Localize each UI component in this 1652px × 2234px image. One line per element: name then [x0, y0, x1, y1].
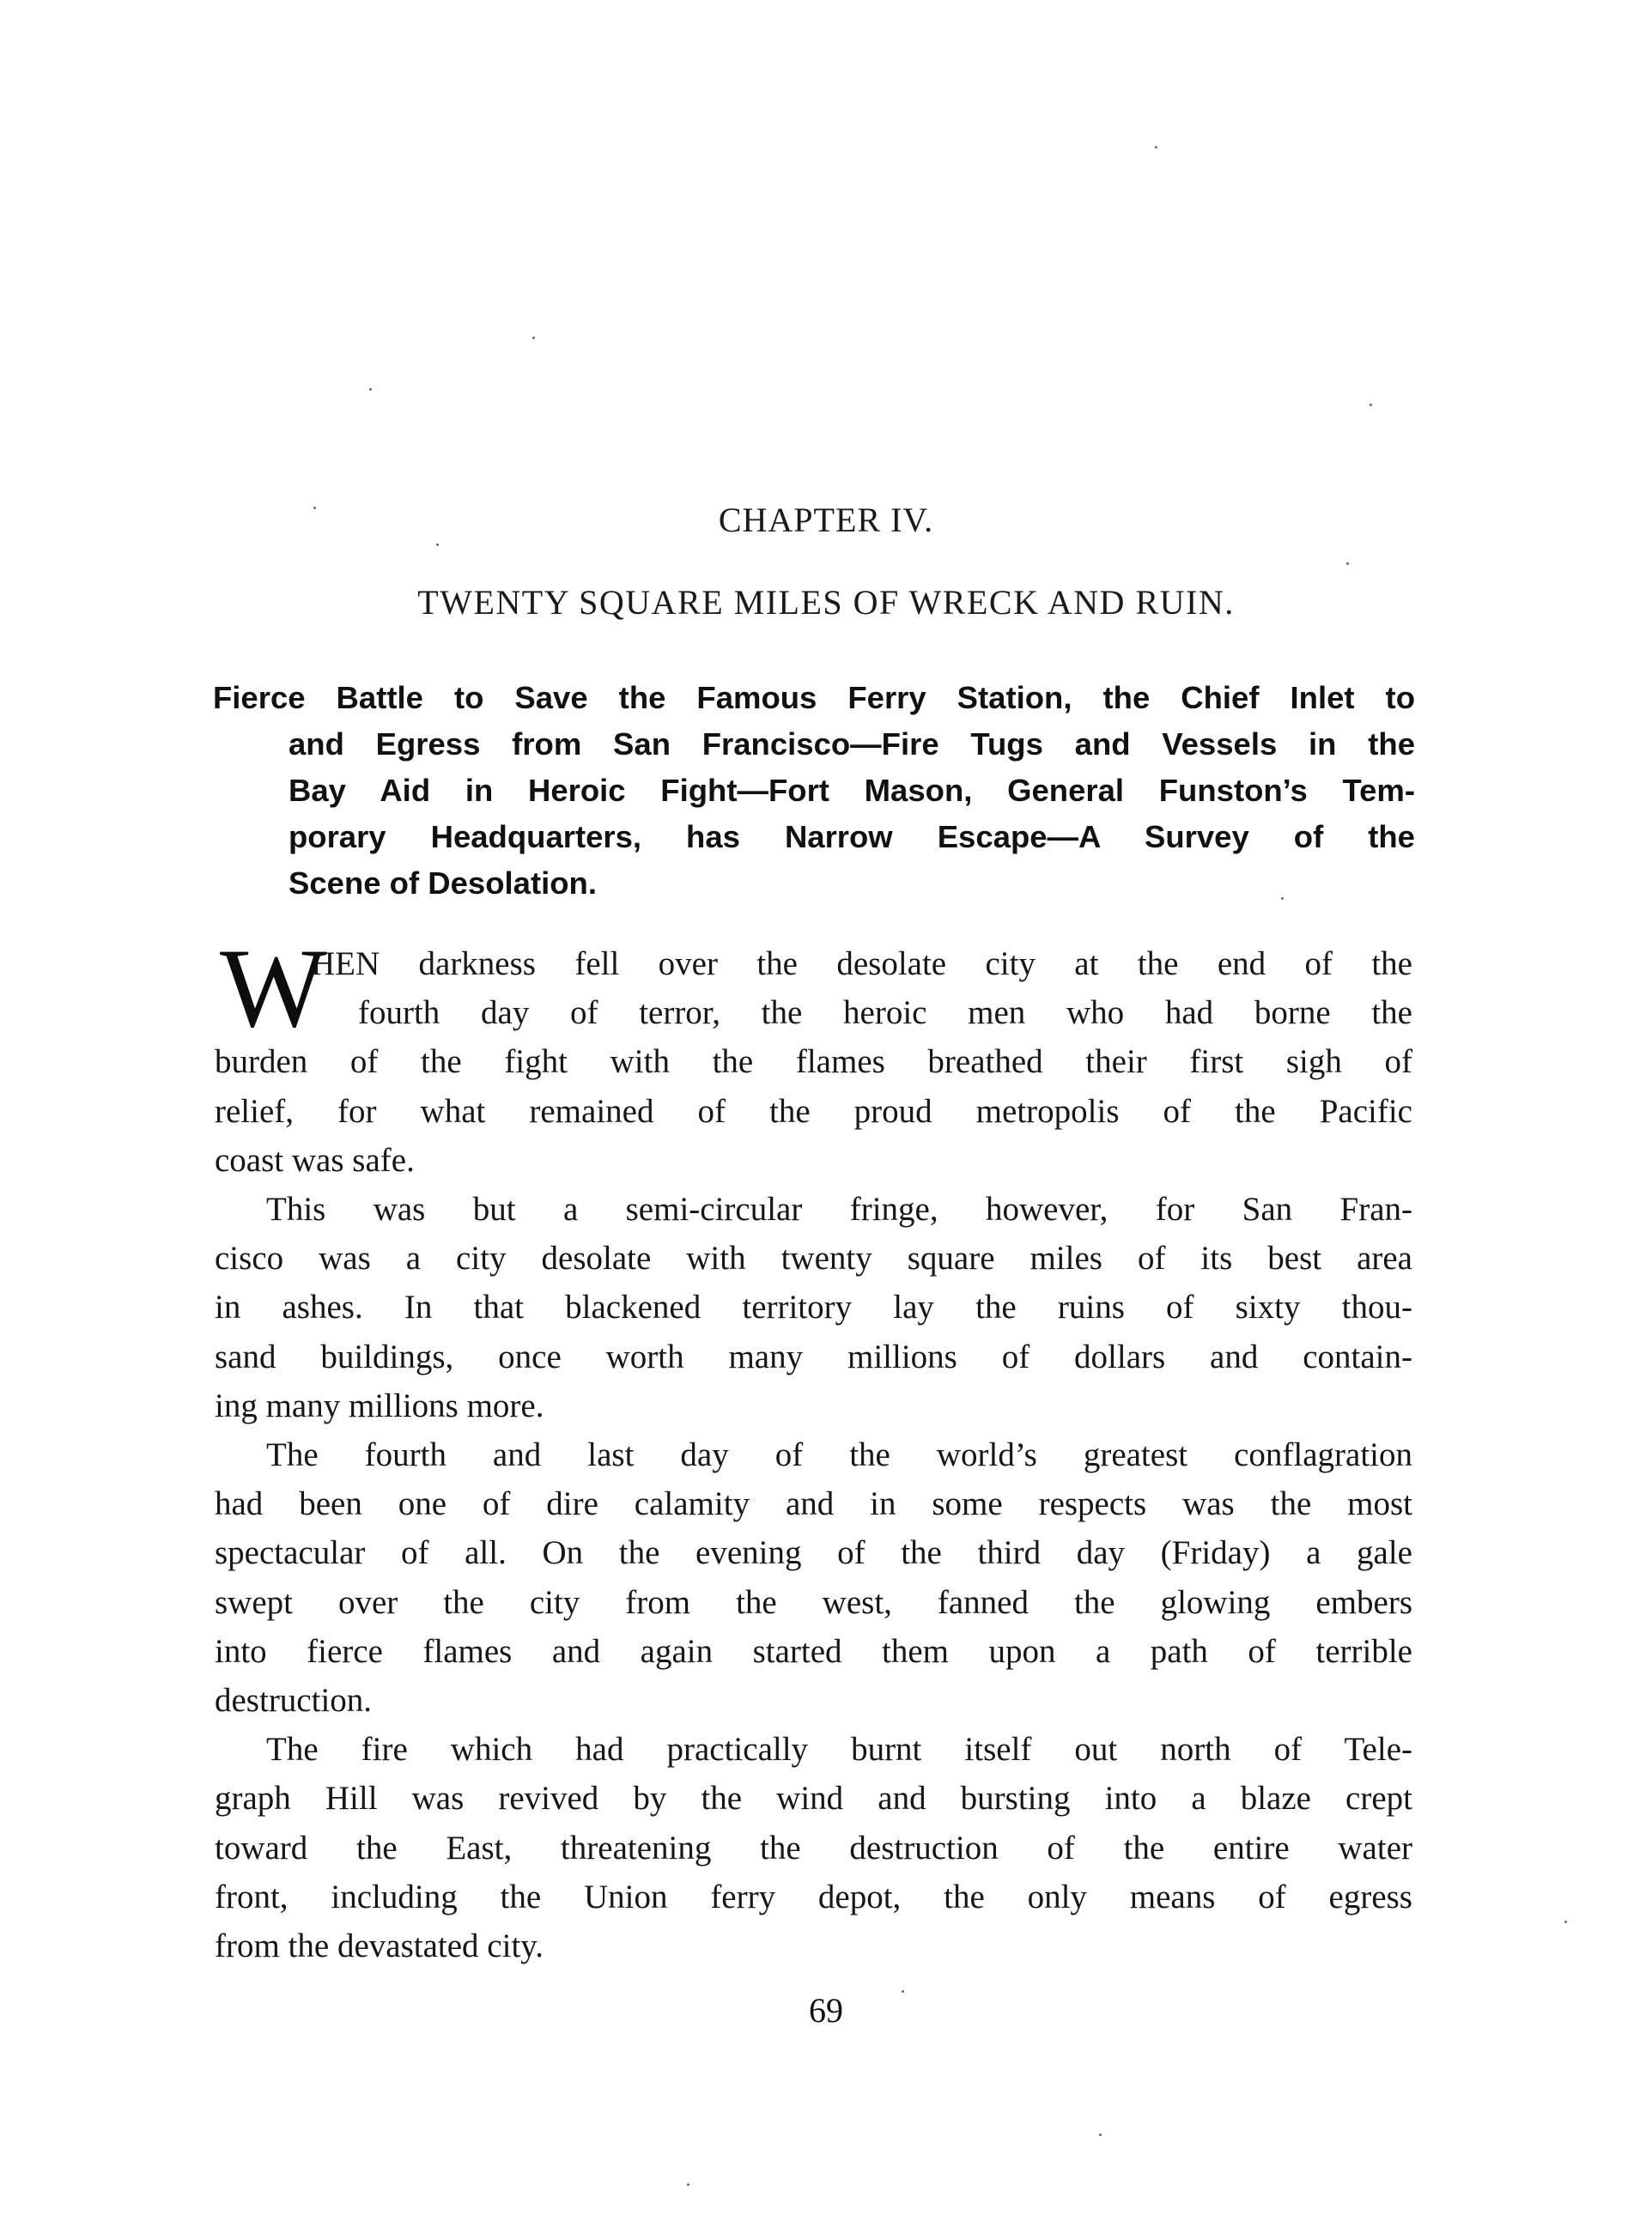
synopsis-line: Bay Aid in Heroic Fight—Fort Mason, Gene… [288, 768, 1415, 814]
scan-speck [1099, 2134, 1102, 2136]
text-line: cisco was a city desolate with twenty sq… [215, 1234, 1412, 1283]
text-line: into fierce flames and again started the… [215, 1627, 1412, 1676]
scan-speck [1346, 562, 1349, 565]
paragraph-3: The fourth and last day of the world’s g… [215, 1430, 1412, 1725]
paragraph-2: This was but a semi-circular fringe, how… [215, 1185, 1412, 1430]
paragraph-1: W HEN darkness fell over the desolate ci… [215, 939, 1412, 1185]
synopsis-line: Fierce Battle to Save the Famous Ferry S… [213, 675, 1415, 721]
scan-speck [1155, 146, 1157, 149]
text-line: The fourth and last day of the world’s g… [215, 1430, 1412, 1479]
synopsis-line: Scene of Desolation. [288, 860, 1415, 907]
text-line: relief, for what remained of the proud m… [215, 1087, 1412, 1136]
scan-speck [1370, 404, 1372, 406]
text-line: sand buildings, once worth many millions… [215, 1333, 1412, 1381]
text-line: burden of the fight with the flames brea… [215, 1037, 1412, 1086]
scan-speck [902, 1990, 904, 1993]
text-line: front, including the Union ferry depot, … [215, 1873, 1412, 1921]
text-line: coast was safe. [215, 1136, 1412, 1185]
text-line: had been one of dire calamity and in som… [215, 1479, 1412, 1528]
text-line: fourth day of terror, the heroic men who… [215, 988, 1412, 1037]
text-line: spectacular of all. On the evening of th… [215, 1528, 1412, 1577]
synopsis-line: porary Headquarters, has Narrow Escape—A… [288, 814, 1415, 860]
scan-speck [369, 388, 372, 391]
text-line: This was but a semi-circular fringe, how… [215, 1185, 1412, 1234]
body-text: W HEN darkness fell over the desolate ci… [215, 939, 1412, 1970]
scan-speck [313, 507, 316, 509]
chapter-title: TWENTY SQUARE MILES OF WRECK AND RUIN. [0, 582, 1652, 622]
text-line: ing many millions more. [215, 1381, 1412, 1430]
text-line: HEN darkness fell over the desolate city… [215, 939, 1412, 988]
synopsis-line: and Egress from San Francisco—Fire Tugs … [288, 721, 1415, 768]
paragraph-4: The fire which had practically burnt its… [215, 1725, 1412, 1970]
text-line: swept over the city from the west, fanne… [215, 1578, 1412, 1627]
text-line: The fire which had practically burnt its… [215, 1725, 1412, 1774]
chapter-number: CHAPTER IV. [0, 500, 1652, 540]
text-line: destruction. [215, 1676, 1412, 1725]
scan-speck [436, 543, 439, 546]
text-line: graph Hill was revived by the wind and b… [215, 1774, 1412, 1823]
page-number: 69 [0, 1990, 1652, 2031]
text-line: toward the East, threatening the destruc… [215, 1824, 1412, 1873]
scan-speck [1281, 897, 1284, 900]
scan-speck [687, 2183, 689, 2186]
text-line: in ashes. In that blackened territory la… [215, 1283, 1412, 1332]
drop-cap: W [220, 941, 327, 1035]
book-page: CHAPTER IV. TWENTY SQUARE MILES OF WRECK… [0, 0, 1652, 2234]
text-line: from the devastated city. [215, 1921, 1412, 1970]
scan-speck [1564, 1921, 1567, 1923]
chapter-synopsis: Fierce Battle to Save the Famous Ferry S… [213, 675, 1415, 907]
scan-speck [532, 337, 535, 339]
